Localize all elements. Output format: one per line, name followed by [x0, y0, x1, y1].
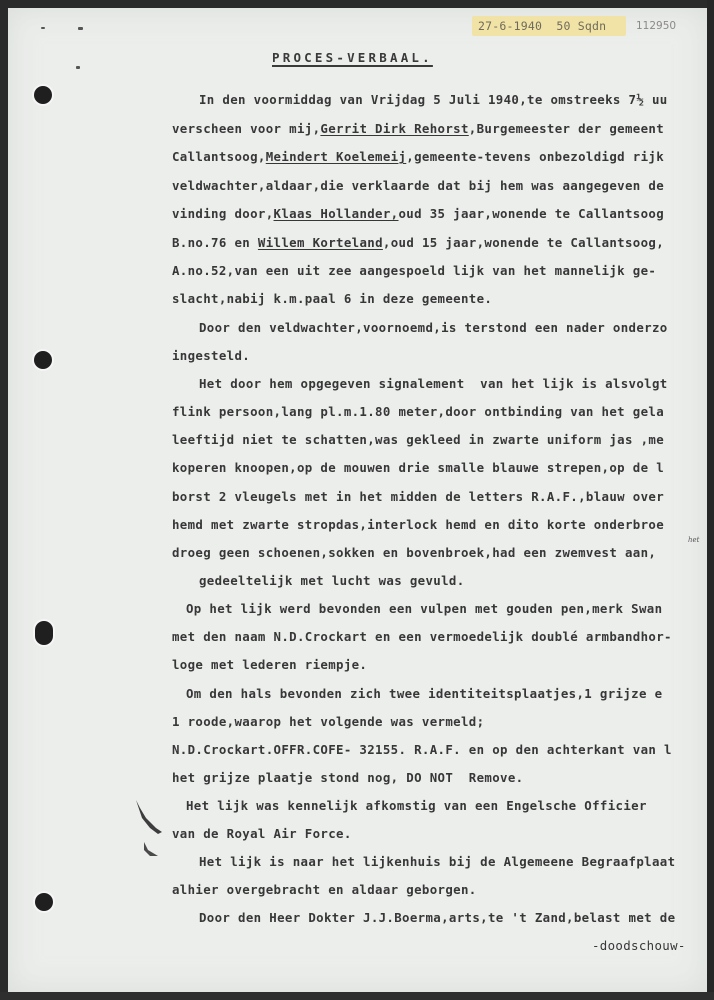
- archive-unit: 50 Sqdn: [556, 19, 606, 33]
- punch-hole: [34, 86, 52, 104]
- text-line: Door den veldwachter,voornoemd,is tersto…: [199, 320, 668, 336]
- archive-date: 27-6-1940: [478, 19, 542, 33]
- ink-mark: [134, 798, 168, 858]
- underlined-name: Willem Korteland: [258, 235, 383, 250]
- text-line: verscheen voor mij,Gerrit Dirk Rehorst,B…: [172, 121, 664, 137]
- text-line: flink persoon,lang pl.m.1.80 meter,door …: [172, 404, 664, 420]
- text-line: vinding door,Klaas Hollander,oud 35 jaar…: [172, 206, 664, 222]
- text-line: N.D.Crockart.OFFR.COFE- 32155. R.A.F. en…: [172, 742, 672, 758]
- text-line: Om den hals bevonden zich twee identitei…: [186, 686, 662, 702]
- text-line: Op het lijk werd bevonden een vulpen met…: [186, 601, 662, 617]
- paper-speck: [76, 66, 80, 69]
- catchword: -doodschouw-: [592, 938, 686, 954]
- text-line: het grijze plaatje stond nog, DO NOT Rem…: [172, 770, 523, 786]
- text-line: alhier overgebracht en aldaar geborgen.: [172, 882, 477, 898]
- paper-speck: [41, 27, 45, 29]
- text-line: Het lijk is naar het lijkenhuis bij de A…: [199, 854, 675, 870]
- punch-hole: [34, 351, 52, 369]
- text-line: borst 2 vleugels met in het midden de le…: [172, 489, 664, 505]
- scan-edge-bottom: [0, 992, 714, 1000]
- punch-hole: [35, 621, 53, 645]
- text-line: ingesteld.: [172, 348, 250, 364]
- text-line: gedeeltelijk met lucht was gevuld.: [199, 573, 465, 589]
- archive-number: 112950: [636, 20, 676, 32]
- text-line: slacht,nabij k.m.paal 6 in deze gemeente…: [172, 291, 492, 307]
- text-line: 1 roode,waarop het volgende was vermeld;: [172, 714, 484, 730]
- archive-label: 27-6-1940 50 Sqdn: [478, 19, 606, 33]
- paper-speck: [78, 27, 83, 30]
- underlined-name: Klaas Hollander,: [274, 206, 399, 221]
- text-line: veldwachter,aldaar,die verklaarde dat bi…: [172, 178, 664, 194]
- underlined-name: Meindert Koelemeij: [266, 149, 407, 164]
- text-line: hemd met zwarte stropdas,interlock hemd …: [172, 517, 664, 533]
- text-line: Callantsoog,Meindert Koelemeij,gemeente-…: [172, 149, 664, 165]
- text-line: Het door hem opgegeven signalement van h…: [199, 376, 668, 392]
- text-line: van de Royal Air Force.: [172, 826, 352, 842]
- underlined-name: Gerrit Dirk Rehorst: [320, 121, 468, 136]
- text-line: B.no.76 en Willem Korteland,oud 15 jaar,…: [172, 235, 664, 251]
- punch-hole: [35, 893, 53, 911]
- text-line: Het lijk was kennelijk afkomstig van een…: [186, 798, 647, 814]
- handwritten-annotation: het: [688, 536, 699, 544]
- text-line: leeftijd niet te schatten,was gekleed in…: [172, 432, 664, 448]
- text-line: met den naam N.D.Crockart en een vermoed…: [172, 629, 672, 645]
- scan-edge-right: [707, 0, 714, 1000]
- text-line: loge met lederen riempje.: [172, 657, 367, 673]
- text-line: koperen knoopen,op de mouwen drie smalle…: [172, 460, 664, 476]
- document-title: PROCES-VERBAAL.: [272, 50, 433, 65]
- text-line: Door den Heer Dokter J.J.Boerma,arts,te …: [199, 910, 675, 926]
- text-line: droeg geen schoenen,sokken en bovenbroek…: [172, 545, 656, 561]
- text-line: A.no.52,van een uit zee aangespoeld lijk…: [172, 263, 656, 279]
- text-line: In den voormiddag van Vrijdag 5 Juli 194…: [199, 92, 668, 108]
